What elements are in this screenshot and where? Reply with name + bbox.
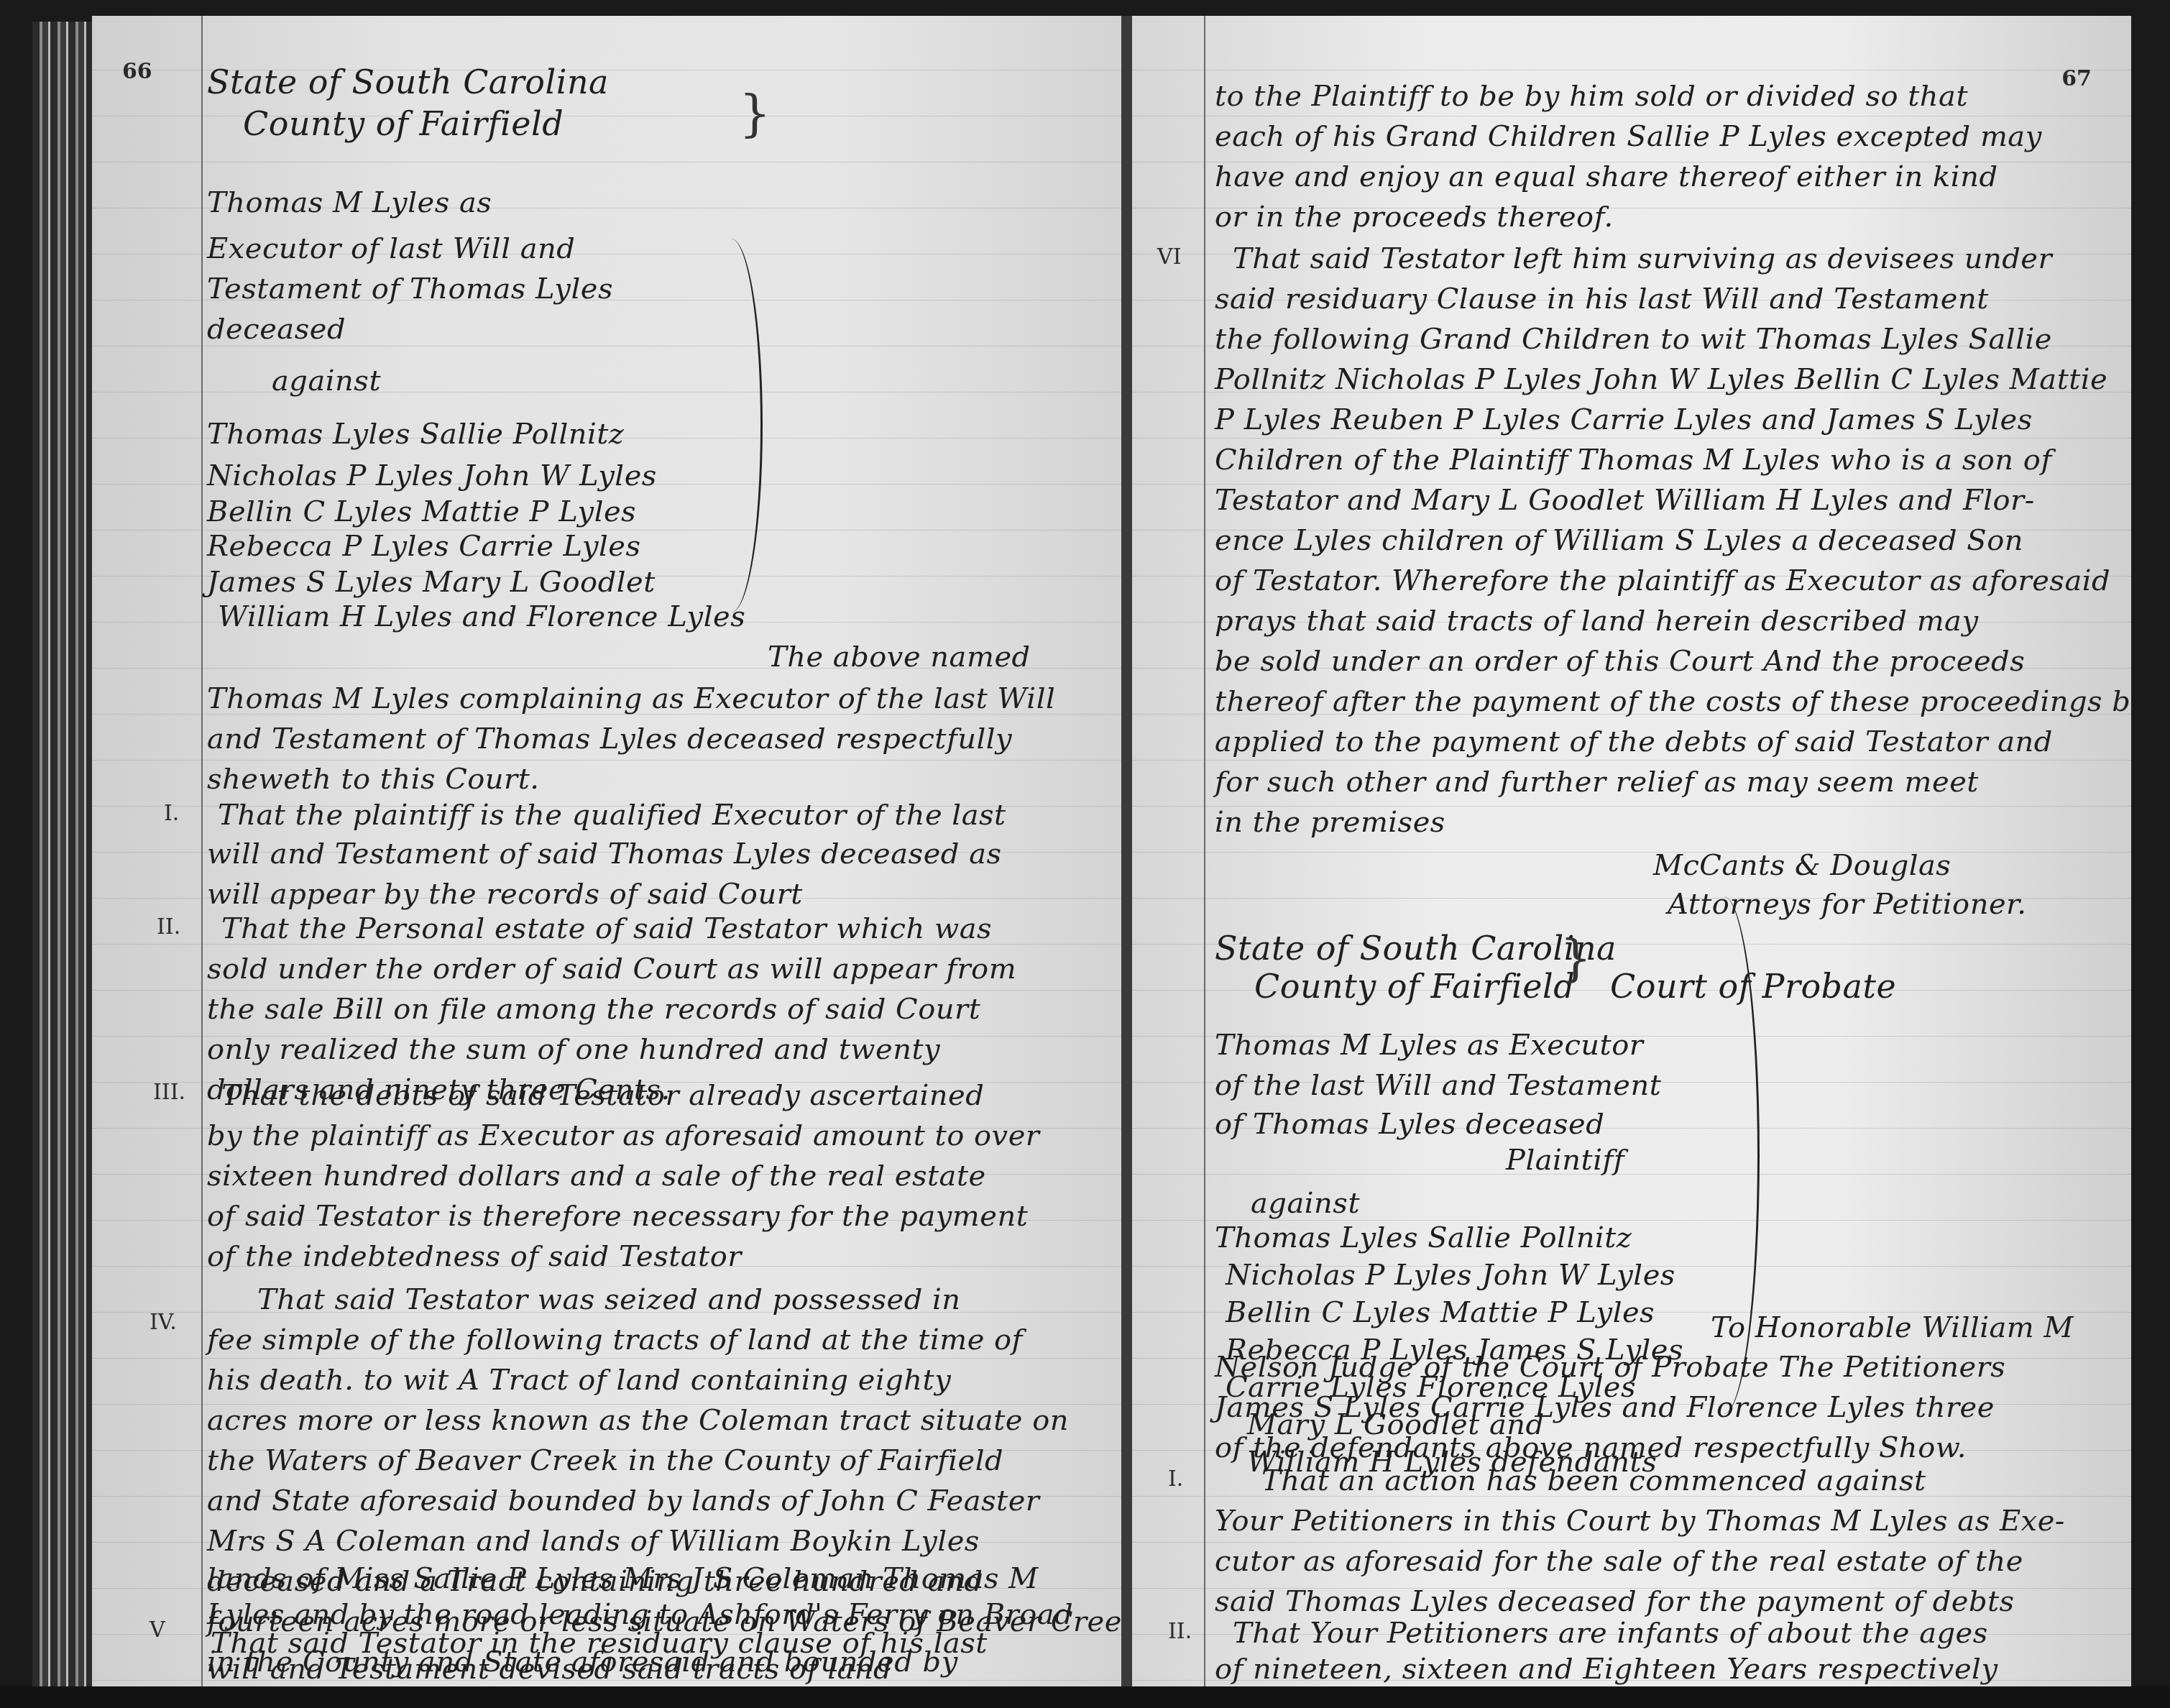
intro-line: The above named <box>768 634 1031 680</box>
caption-brace-icon: } <box>739 84 771 143</box>
caption-county: County of Fairfield <box>243 101 564 147</box>
continuation-line: each of his Grand Children Sallie P Lyle… <box>1215 114 2042 160</box>
paragraph-line: cutor as aforesaid for the sale of the r… <box>1215 1538 2023 1584</box>
paragraph-line: of the indebtedness of said Testator <box>207 1234 742 1280</box>
plaintiff-line: deceased <box>207 306 346 352</box>
paragraph-line: the Waters of Beaver Creek in the County… <box>207 1438 1003 1484</box>
margin-rule <box>201 16 203 1687</box>
left-page-lower: V lands of Miss Sallie P Lyles Mrs J S C… <box>92 1560 1141 1687</box>
paragraph-line: his death. to wit A Tract of land contai… <box>207 1357 951 1403</box>
paragraph-line: sixteen hundred dollars and a sale of th… <box>207 1153 986 1199</box>
paragraph-line: Mrs S A Coleman and lands of William Boy… <box>207 1518 980 1564</box>
paragraph-line: thereof after the payment of the costs o… <box>1215 679 2131 725</box>
paragraph-line: acres more or less known as the Coleman … <box>207 1397 1069 1443</box>
plaintiff-line: Thomas M Lyles as Executor <box>1215 1022 1643 1068</box>
continuation-line: or in the proceeds thereof. <box>1215 194 1614 240</box>
paragraph-line: of nineteen, sixteen and Eighteen Years … <box>1215 1646 1998 1687</box>
paragraph-line: P Lyles Reuben P Lyles Carrie Lyles and … <box>1215 397 2033 443</box>
paragraph-numeral: VI <box>1157 244 1182 270</box>
paragraph-line: by the plaintiff as Executor as aforesai… <box>207 1113 1039 1159</box>
paragraph-numeral: IV. <box>150 1310 177 1335</box>
paragraph-line: prays that said tracts of land herein de… <box>1215 598 1979 644</box>
right-page-lower: To Honorable William M Nelson Judge of t… <box>1132 1287 2131 1687</box>
paragraph-line: Your Petitioners in this Court by Thomas… <box>1215 1498 2065 1544</box>
continuation-line: to the Plaintiff to be by him sold or di… <box>1215 73 1968 119</box>
paragraph-line: That said Testator was seized and posses… <box>257 1277 961 1323</box>
paragraph-line: ence Lyles children of William S Lyles a… <box>1215 518 2023 564</box>
left-page: 66 State of South Carolina County of Fai… <box>92 16 1141 1687</box>
paragraph-numeral: II. <box>1168 1619 1192 1644</box>
paragraph-line: That said Testator left him surviving as… <box>1233 236 2052 282</box>
paragraph-line: Pollnitz Nicholas P Lyles John W Lyles B… <box>1215 357 2107 403</box>
paragraph-line: applied to the payment of the debts of s… <box>1215 719 2053 765</box>
paragraph-line: That the Personal estate of said Testato… <box>221 906 992 952</box>
plaintiff-line: Executor of last Will and <box>207 226 575 272</box>
page-number: 66 <box>122 59 152 84</box>
paragraph-line: of Testator. Wherefore the plaintiff as … <box>1215 558 2110 604</box>
paragraph-line: will and Testament devised said tracts o… <box>207 1646 892 1687</box>
paragraph-line: That the debts of said Testator already … <box>221 1073 984 1119</box>
plaintiff-label: Plaintiff <box>1506 1137 1624 1183</box>
plaintiff-line: Testament of Thomas Lyles <box>207 266 613 312</box>
paragraph-line: and State aforesaid bounded by lands of … <box>207 1478 1039 1524</box>
paragraph-line: Testator and Mary L Goodlet William H Ly… <box>1215 477 2035 523</box>
paragraph-line: only realized the sum of one hundred and… <box>207 1027 940 1073</box>
paragraph-numeral: V <box>150 1617 165 1643</box>
plaintiff-line: Thomas M Lyles as <box>207 180 492 226</box>
paragraph-line: for such other and further relief as may… <box>1215 759 1979 805</box>
address-body-line: Nelson Judge of the Court of Probate The… <box>1215 1344 2005 1390</box>
ledger-book: 66 State of South Carolina County of Fai… <box>0 0 2170 1708</box>
against-label: against <box>272 358 381 404</box>
defendant-row: William H Lyles and Florence Lyles <box>218 594 745 640</box>
scan-border <box>0 1686 2170 1708</box>
caption-court: Court of Probate <box>1610 963 1896 1009</box>
paragraph-line: be sold under an order of this Court And… <box>1215 638 2025 684</box>
paragraph-line: the following Grand Children to wit Thom… <box>1215 316 2052 362</box>
caption-brace-icon: } <box>1560 929 1592 988</box>
paragraph-numeral: II. <box>157 914 180 940</box>
caption-state: State of South Carolina <box>207 59 609 105</box>
continuation-line: have and enjoy an equal share thereof ei… <box>1215 154 1998 200</box>
caption-county: County of Fairfield <box>1254 963 1575 1009</box>
paragraph-numeral: I. <box>1168 1466 1183 1492</box>
paragraph-line: Children of the Plaintiff Thomas M Lyles… <box>1215 437 2052 483</box>
paragraph-line: the sale Bill on file among the records … <box>207 986 980 1032</box>
paragraph-line: sold under the order of said Court as wi… <box>207 946 1016 992</box>
paragraph-line: in the premises <box>1215 799 1445 845</box>
address-body-line: James S Lyles Carrie Lyles and Florence … <box>1215 1385 1995 1431</box>
page-edges-left <box>32 22 93 1708</box>
paragraph-line: fee simple of the following tracts of la… <box>207 1317 1023 1363</box>
paragraph-line: said residuary Clause in his last Will a… <box>1215 276 1989 322</box>
paragraph-numeral: I. <box>164 801 179 826</box>
paragraph-line: of said Testator is therefore necessary … <box>207 1193 1028 1239</box>
defendant-row: Thomas Lyles Sallie Pollnitz <box>207 411 624 457</box>
paragraph-line: That an action has been commenced agains… <box>1261 1458 1926 1504</box>
paragraph-numeral: III. <box>153 1080 185 1105</box>
page-number: 67 <box>2061 66 2092 91</box>
paragraph-line: will and Testament of said Thomas Lyles … <box>207 831 1002 877</box>
body-line: Thomas M Lyles complaining as Executor o… <box>207 676 1055 722</box>
body-line: and Testament of Thomas Lyles deceased r… <box>207 716 1012 762</box>
